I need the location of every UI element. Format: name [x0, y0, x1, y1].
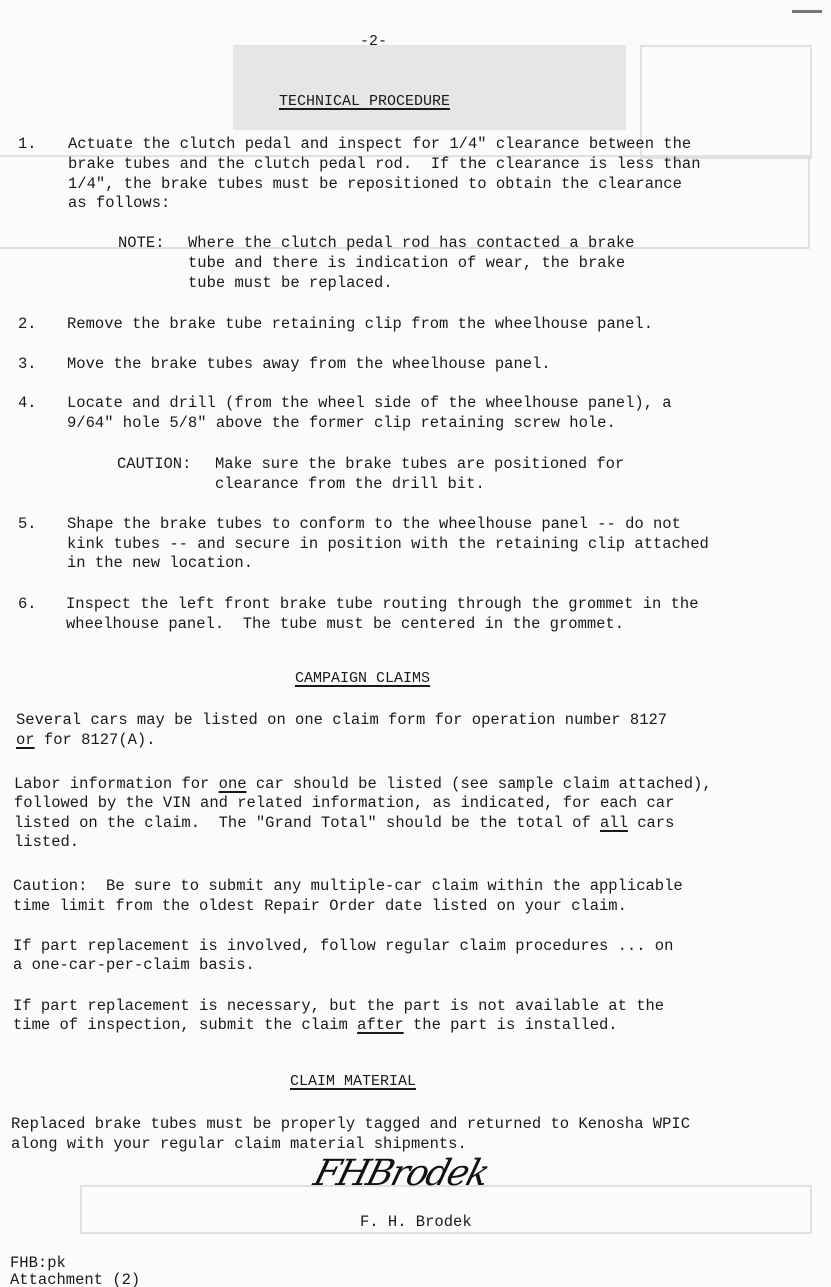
text-span: for 8127(A). — [35, 731, 156, 749]
heading-campaign-claims: CAMPAIGN CLAIMS — [295, 670, 430, 687]
step-2-line: Remove the brake tube retaining clip fro… — [67, 314, 653, 334]
step-6-line: wheelhouse panel. The tube must be cente… — [66, 614, 624, 634]
step-4-line: Locate and drill (from the wheel side of… — [67, 393, 672, 413]
campaign-caution-line: time limit from the oldest Repair Order … — [13, 896, 627, 916]
campaign-p3-line: a one-car-per-claim basis. — [13, 955, 255, 975]
text-span: listed on the claim. The "Grand Total" s… — [14, 814, 600, 832]
step-1-line: as follows: — [68, 193, 170, 213]
step-6-line: Inspect the left front brake tube routin… — [66, 594, 699, 614]
claim-material-line: along with your regular claim material s… — [11, 1134, 467, 1154]
step-5-line: Shape the brake tubes to conform to the … — [67, 514, 681, 534]
step-1-line: 1/4", the brake tubes must be reposition… — [68, 174, 682, 194]
campaign-p1-line2: or for 8127(A). — [16, 730, 156, 750]
campaign-p3-line: If part replacement is involved, follow … — [13, 936, 673, 956]
campaign-p4-line1: If part replacement is necessary, but th… — [13, 996, 664, 1016]
step-6-num: 6. — [18, 594, 37, 614]
text-span: the part is installed. — [404, 1016, 618, 1034]
text-span: Labor information for — [14, 775, 219, 793]
step-2-num: 2. — [18, 314, 37, 334]
text-span: car should be listed (see sample claim a… — [247, 775, 712, 793]
corner-mark — [792, 10, 822, 13]
step-5-line: in the new location. — [67, 553, 253, 573]
campaign-p2-line1: Labor information for one car should be … — [14, 774, 712, 794]
step-4-line: 9/64" hole 5/8" above the former clip re… — [67, 413, 616, 433]
text-span: time of inspection, submit the claim — [13, 1016, 357, 1034]
step-1-line: brake tubes and the clutch pedal rod. If… — [68, 154, 701, 174]
note-label: NOTE: — [118, 233, 165, 253]
signatory-name: F. H. Brodek — [360, 1212, 472, 1232]
emphasis-all: all — [600, 814, 628, 832]
step-3-line: Move the brake tubes away from the wheel… — [67, 354, 551, 374]
campaign-p2-line4: listed. — [14, 832, 79, 852]
caution-line: Make sure the brake tubes are positioned… — [215, 454, 624, 474]
page-number: -2- — [360, 33, 387, 50]
step-5-line: kink tubes -- and secure in position wit… — [67, 534, 709, 554]
campaign-p1-line: Several cars may be listed on one claim … — [16, 710, 667, 730]
step-1-line: Actuate the clutch pedal and inspect for… — [68, 134, 691, 154]
emphasis-one: one — [219, 775, 247, 793]
claim-material-line: Replaced brake tubes must be properly ta… — [11, 1114, 690, 1134]
heading-claim-material: CLAIM MATERIAL — [290, 1073, 416, 1090]
step-4-num: 4. — [18, 393, 37, 413]
attachment-note: Attachment (2) — [10, 1270, 140, 1287]
text-span: cars — [628, 814, 675, 832]
campaign-p2-line2: followed by the VIN and related informat… — [14, 793, 674, 813]
caution-label: CAUTION: — [117, 454, 191, 474]
step-3-num: 3. — [18, 354, 37, 374]
step-5-num: 5. — [18, 514, 37, 534]
campaign-p4-line2: time of inspection, submit the claim aft… — [13, 1015, 618, 1035]
signature: FHBrodek — [310, 1153, 493, 1194]
emphasis-or: or — [16, 731, 35, 749]
step-1-num: 1. — [18, 134, 37, 154]
emphasis-after: after — [357, 1016, 404, 1034]
campaign-caution-line: Caution: Be sure to submit any multiple-… — [13, 876, 683, 896]
note-line: tube must be replaced. — [188, 273, 393, 293]
note-line: tube and there is indication of wear, th… — [188, 253, 625, 273]
heading-technical-procedure: TECHNICAL PROCEDURE — [279, 93, 450, 110]
campaign-p2-line3: listed on the claim. The "Grand Total" s… — [14, 813, 674, 833]
ghost-banner — [233, 45, 626, 130]
caution-line: clearance from the drill bit. — [215, 474, 485, 494]
note-line: Where the clutch pedal rod has contacted… — [188, 233, 634, 253]
